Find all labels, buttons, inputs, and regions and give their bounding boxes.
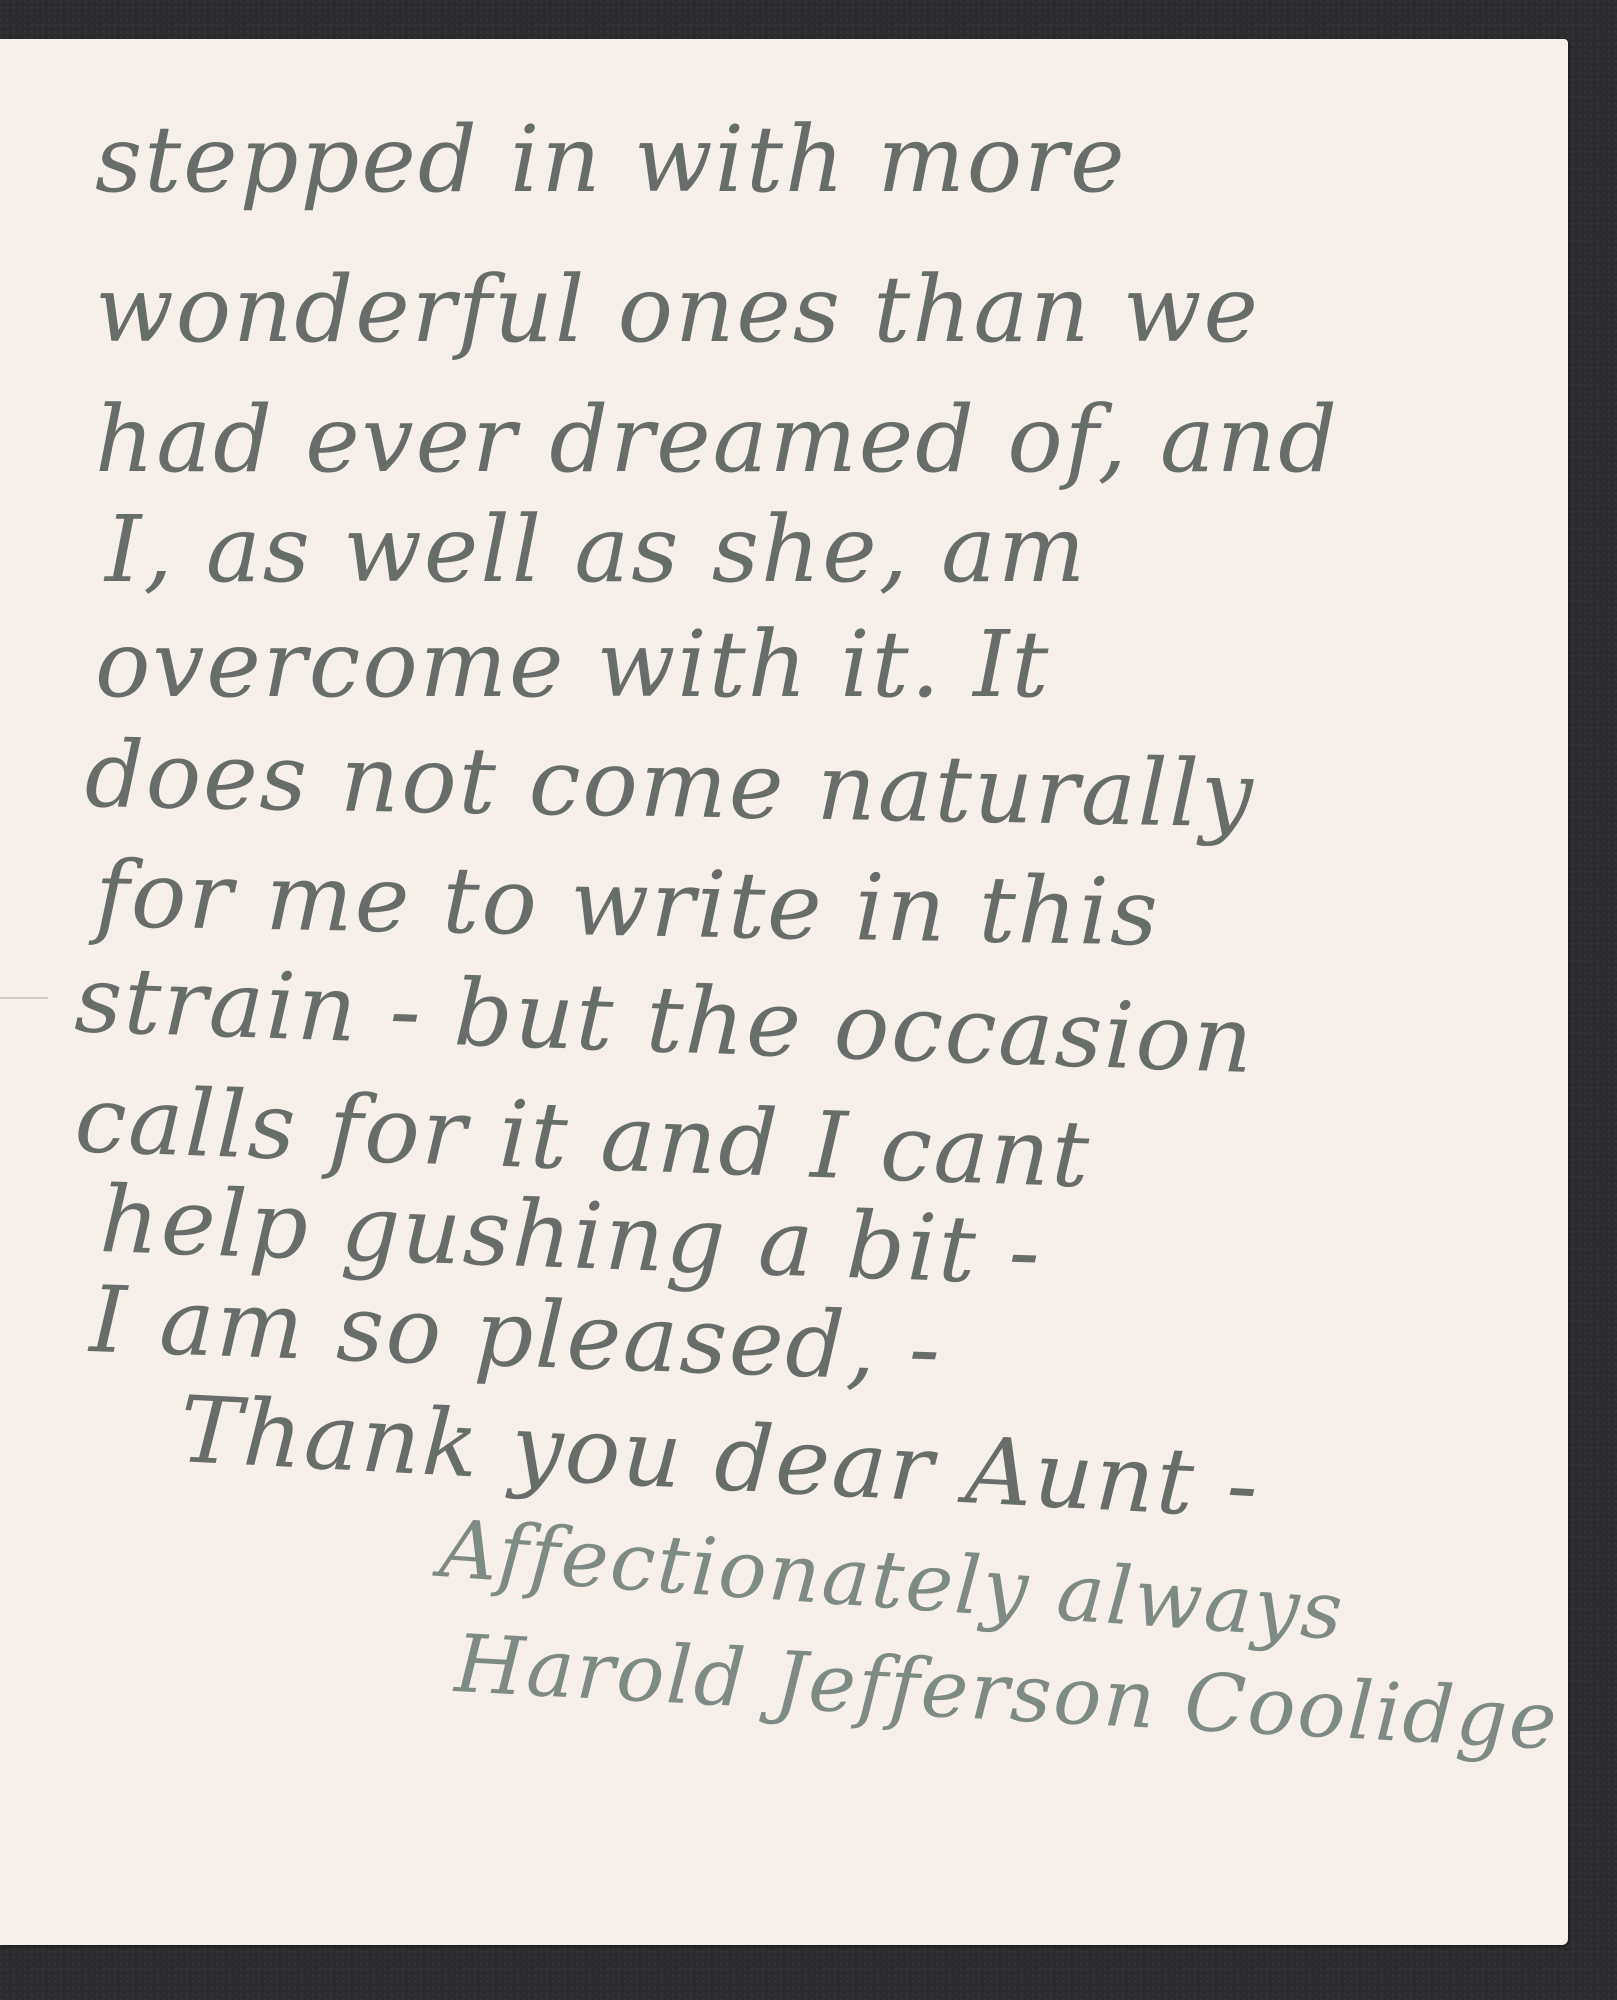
letter-line-4: I, as well as she, am [105,504,1087,596]
letter-line-2: wonderful ones than we [95,264,1260,356]
letter-line-5: overcome with it. It [95,619,1050,711]
letter-line-6: does not come naturally [84,729,1255,841]
letter-line-7: for me to write in this [94,849,1160,960]
letter-line-8: strain - but the occasion [73,954,1256,1087]
letter-line-1: stepped in with more [95,114,1127,206]
letter-body: stepped in with more wonderful ones than… [0,39,1568,1945]
letter-paper: stepped in with more wonderful ones than… [0,39,1568,1945]
signature: Harold Jefferson Coolidge [453,1624,1561,1762]
letter-line-12: Thank you dear Aunt - [178,1384,1263,1532]
letter-line-3: had ever dreamed of, and [95,394,1339,486]
